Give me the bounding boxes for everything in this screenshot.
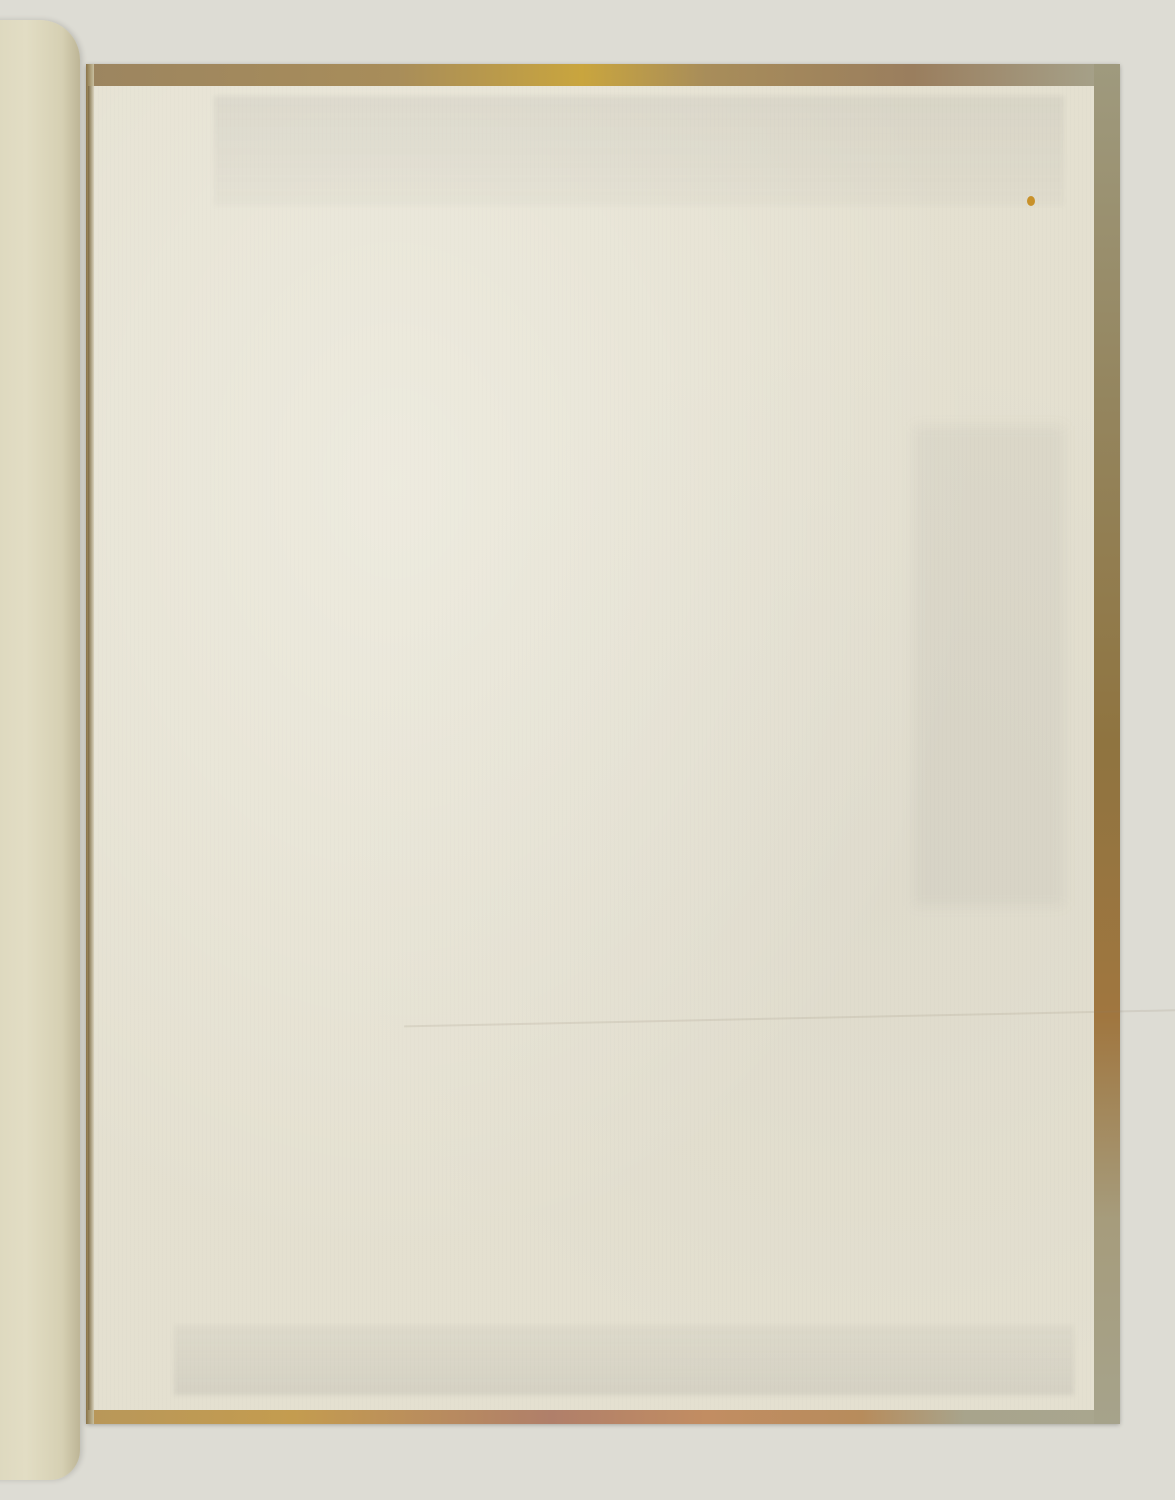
show-through-right <box>914 426 1064 906</box>
facing-page <box>0 20 80 1480</box>
show-through-bottom <box>174 1325 1074 1395</box>
board-edge-top <box>86 64 1120 86</box>
board-edge-bottom <box>86 1408 1120 1424</box>
show-through-top <box>214 96 1064 206</box>
stain-spot <box>1027 196 1035 206</box>
board-edge-right <box>1094 64 1120 1424</box>
pastedown-paper <box>94 86 1094 1410</box>
paper-crease <box>404 1007 1175 1028</box>
